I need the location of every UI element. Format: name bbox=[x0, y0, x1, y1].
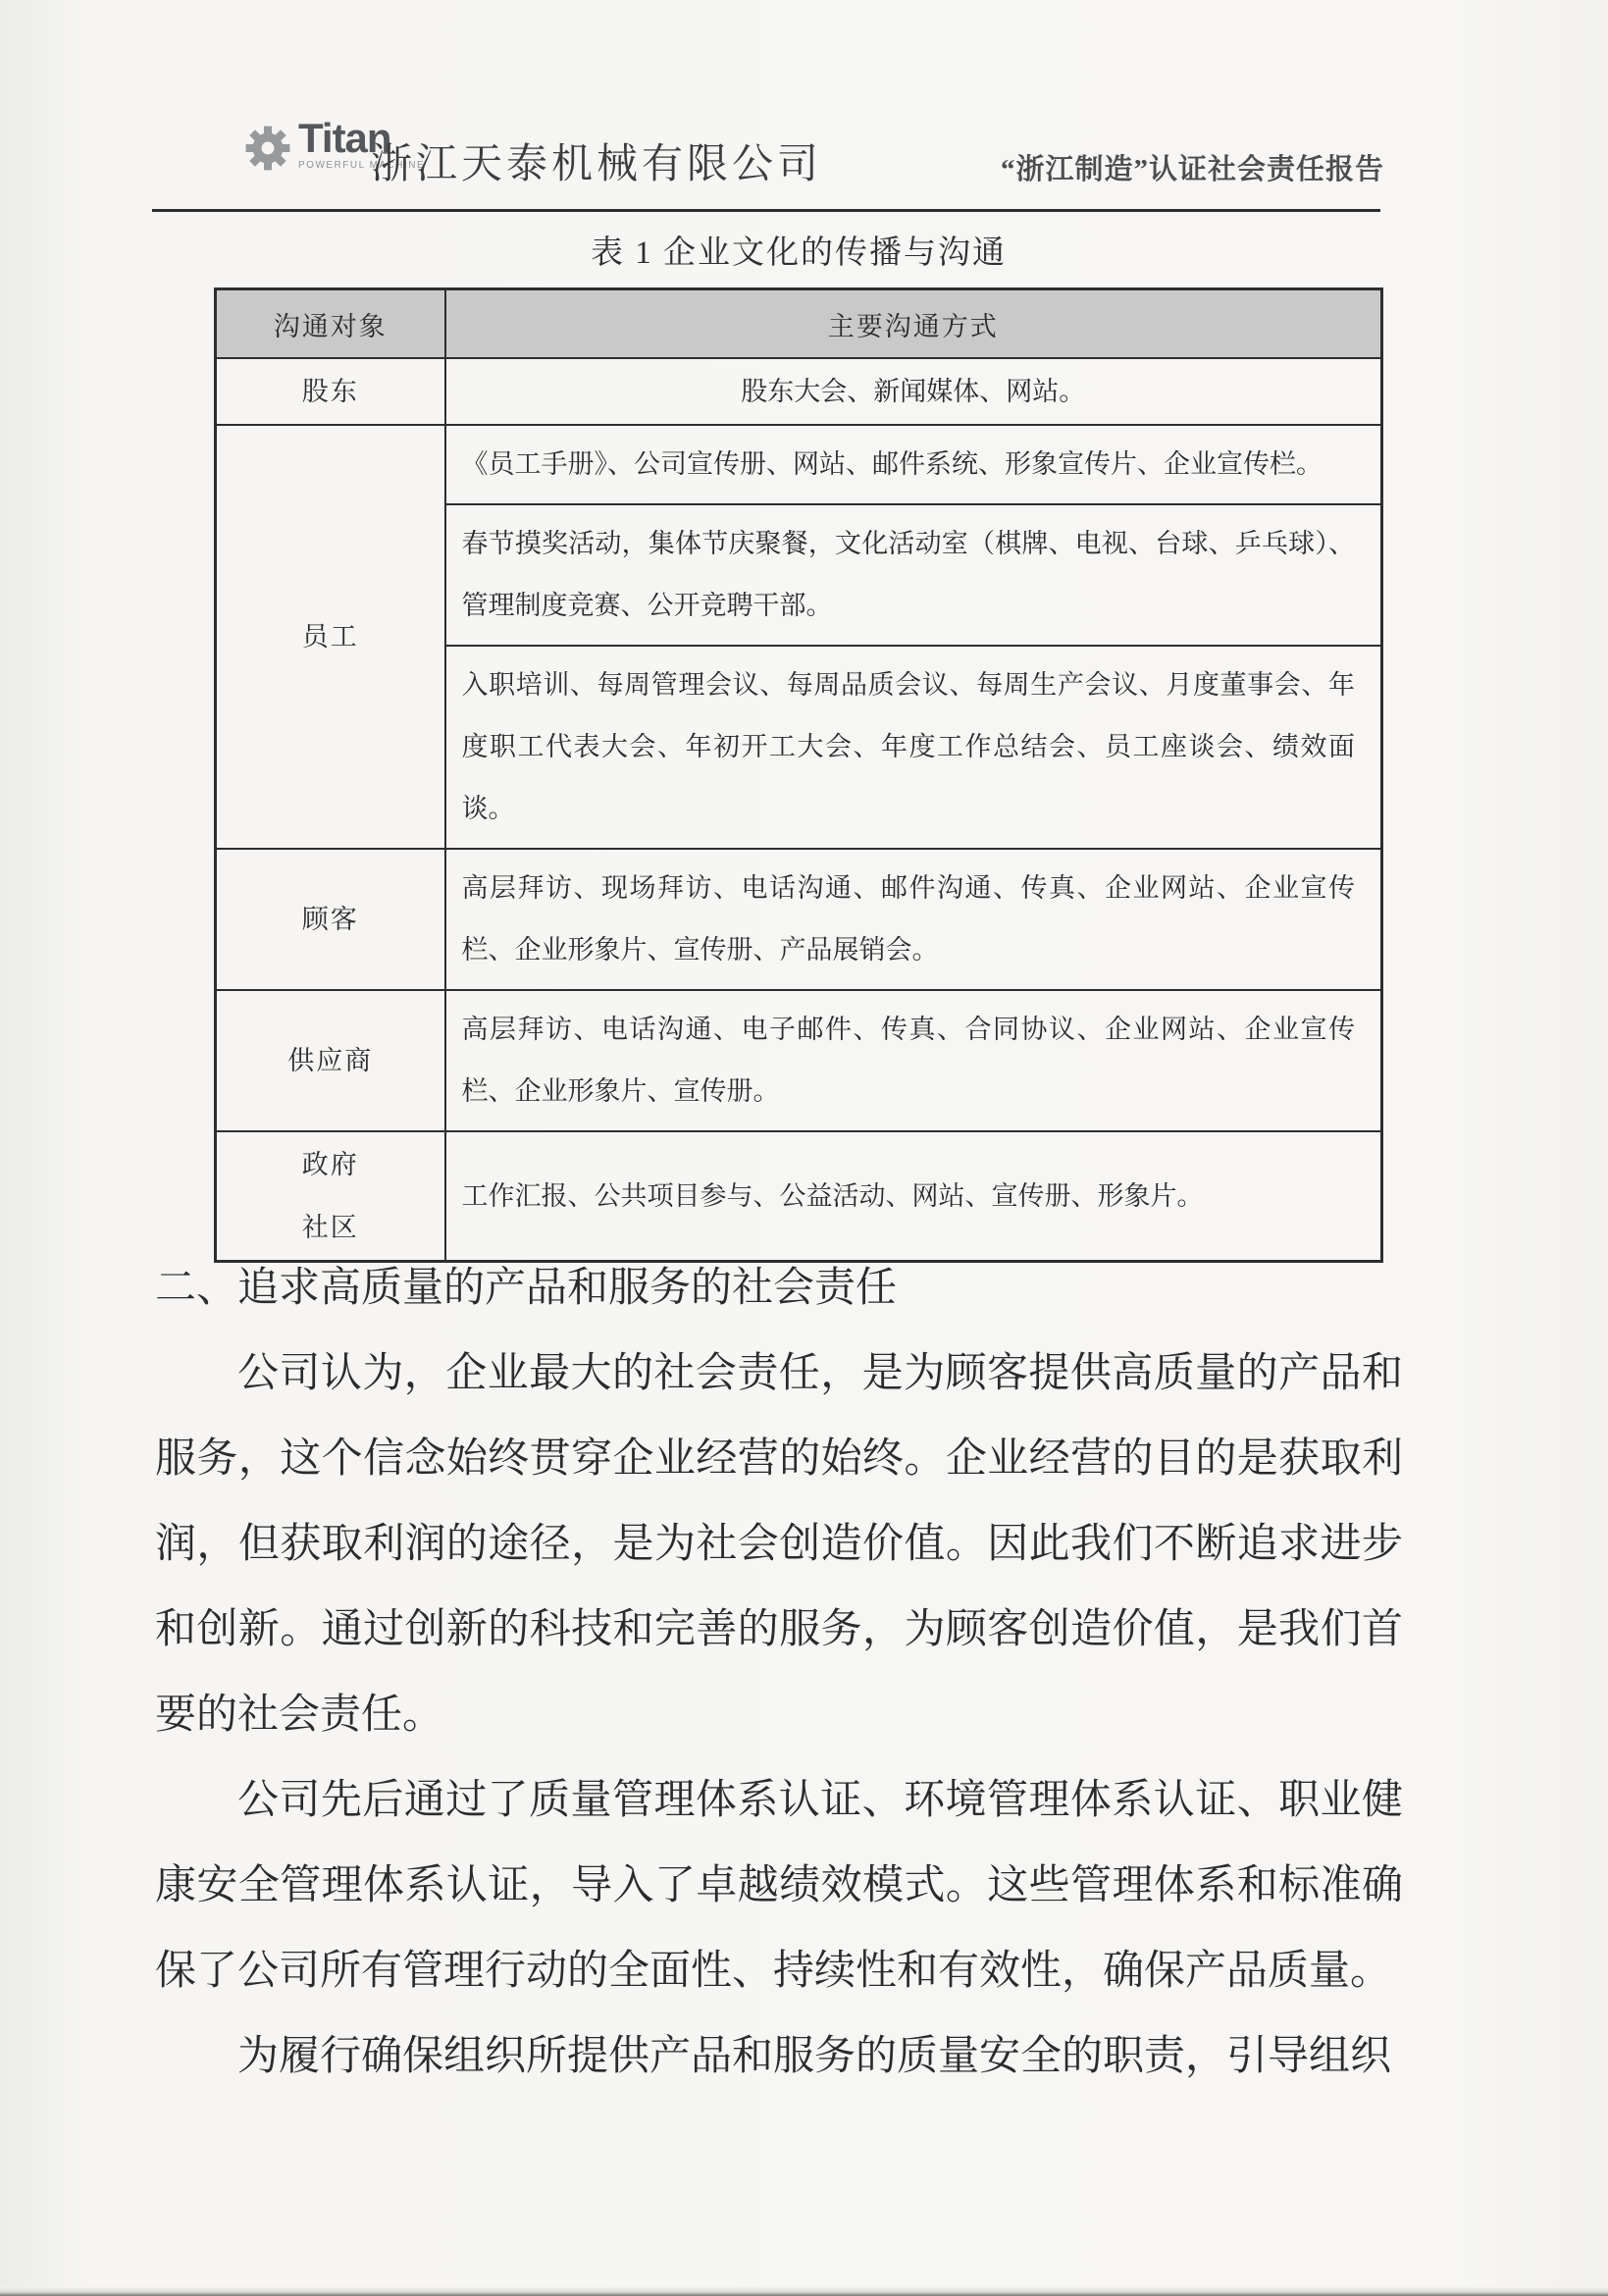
communication-table: 沟通对象 主要沟通方式 股东 股东大会、新闻媒体、网站。 员工 《员工手册》、公… bbox=[214, 287, 1383, 1263]
document-header: Titan POWERFUL MACHINE 浙江天泰机械有限公司 “浙江制造”… bbox=[0, 0, 1608, 226]
table-row: 政府 社区 工作汇报、公共项目参与、公益活动、网站、宣传册、形象片。 bbox=[216, 1131, 1382, 1262]
cell-target-shareholders: 股东 bbox=[216, 358, 445, 425]
cell-target-government-community: 政府 社区 bbox=[216, 1131, 445, 1262]
section-social-responsibility: 二、追求高质量的产品和服务的社会责任 公司认为，企业最大的社会责任，是为顾客提供… bbox=[155, 1246, 1403, 2100]
header-divider-rule bbox=[152, 209, 1380, 212]
table-header-row: 沟通对象 主要沟通方式 bbox=[216, 289, 1382, 359]
report-title: “浙江制造”认证社会责任报告 bbox=[1001, 147, 1384, 187]
cell-methods-employees-2: 春节摸奖活动，集体节庆聚餐，文化活动室（棋牌、电视、台球、乒乓球）、管理制度竞赛… bbox=[445, 504, 1382, 646]
table-caption: 表 1 企业文化的传播与沟通 bbox=[214, 227, 1383, 273]
document-page: Titan POWERFUL MACHINE 浙江天泰机械有限公司 “浙江制造”… bbox=[0, 0, 1608, 2296]
table-row: 股东 股东大会、新闻媒体、网站。 bbox=[216, 358, 1382, 425]
cell-target-customers: 顾客 bbox=[216, 849, 445, 990]
cell-methods-customers: 高层拜访、现场拜访、电话沟通、邮件沟通、传真、企业网站、企业宣传栏、企业形象片、… bbox=[445, 849, 1382, 990]
cell-methods-employees-1: 《员工手册》、公司宣传册、网站、邮件系统、形象宣传片、企业宣传栏。 bbox=[445, 425, 1382, 504]
col-header-methods: 主要沟通方式 bbox=[445, 289, 1382, 359]
paragraph: 公司先后通过了质量管理体系认证、环境管理体系认证、职业健康安全管理体系认证，导入… bbox=[155, 1758, 1403, 2014]
scan-bottom-edge bbox=[0, 2287, 1608, 2296]
table-row: 供应商 高层拜访、电话沟通、电子邮件、传真、合同协议、企业网站、企业宣传栏、企业… bbox=[216, 990, 1382, 1131]
cell-methods-government-community: 工作汇报、公共项目参与、公益活动、网站、宣传册、形象片。 bbox=[445, 1131, 1382, 1262]
section-heading: 二、追求高质量的产品和服务的社会责任 bbox=[155, 1246, 1403, 1331]
paragraph: 为履行确保组织所提供产品和服务的质量安全的职责，引导组织 bbox=[155, 2014, 1403, 2100]
paragraph: 公司认为，企业最大的社会责任，是为顾客提供高质量的产品和服务，这个信念始终贯穿企… bbox=[155, 1331, 1403, 1758]
cell-methods-employees-3: 入职培训、每周管理会议、每周品质会议、每周生产会议、月度董事会、年度职工代表大会… bbox=[445, 646, 1382, 849]
table-row: 员工 《员工手册》、公司宣传册、网站、邮件系统、形象宣传片、企业宣传栏。 bbox=[216, 425, 1382, 504]
company-name: 浙江天泰机械有限公司 bbox=[371, 131, 822, 190]
gear-icon bbox=[245, 118, 290, 171]
cell-target-employees: 员工 bbox=[216, 425, 445, 849]
table-row: 顾客 高层拜访、现场拜访、电话沟通、邮件沟通、传真、企业网站、企业宣传栏、企业形… bbox=[216, 849, 1382, 990]
cell-methods-suppliers: 高层拜访、电话沟通、电子邮件、传真、合同协议、企业网站、企业宣传栏、企业形象片、… bbox=[445, 990, 1382, 1131]
cell-methods-shareholders: 股东大会、新闻媒体、网站。 bbox=[445, 358, 1382, 425]
cell-target-suppliers: 供应商 bbox=[216, 990, 445, 1131]
col-header-target: 沟通对象 bbox=[216, 289, 445, 359]
